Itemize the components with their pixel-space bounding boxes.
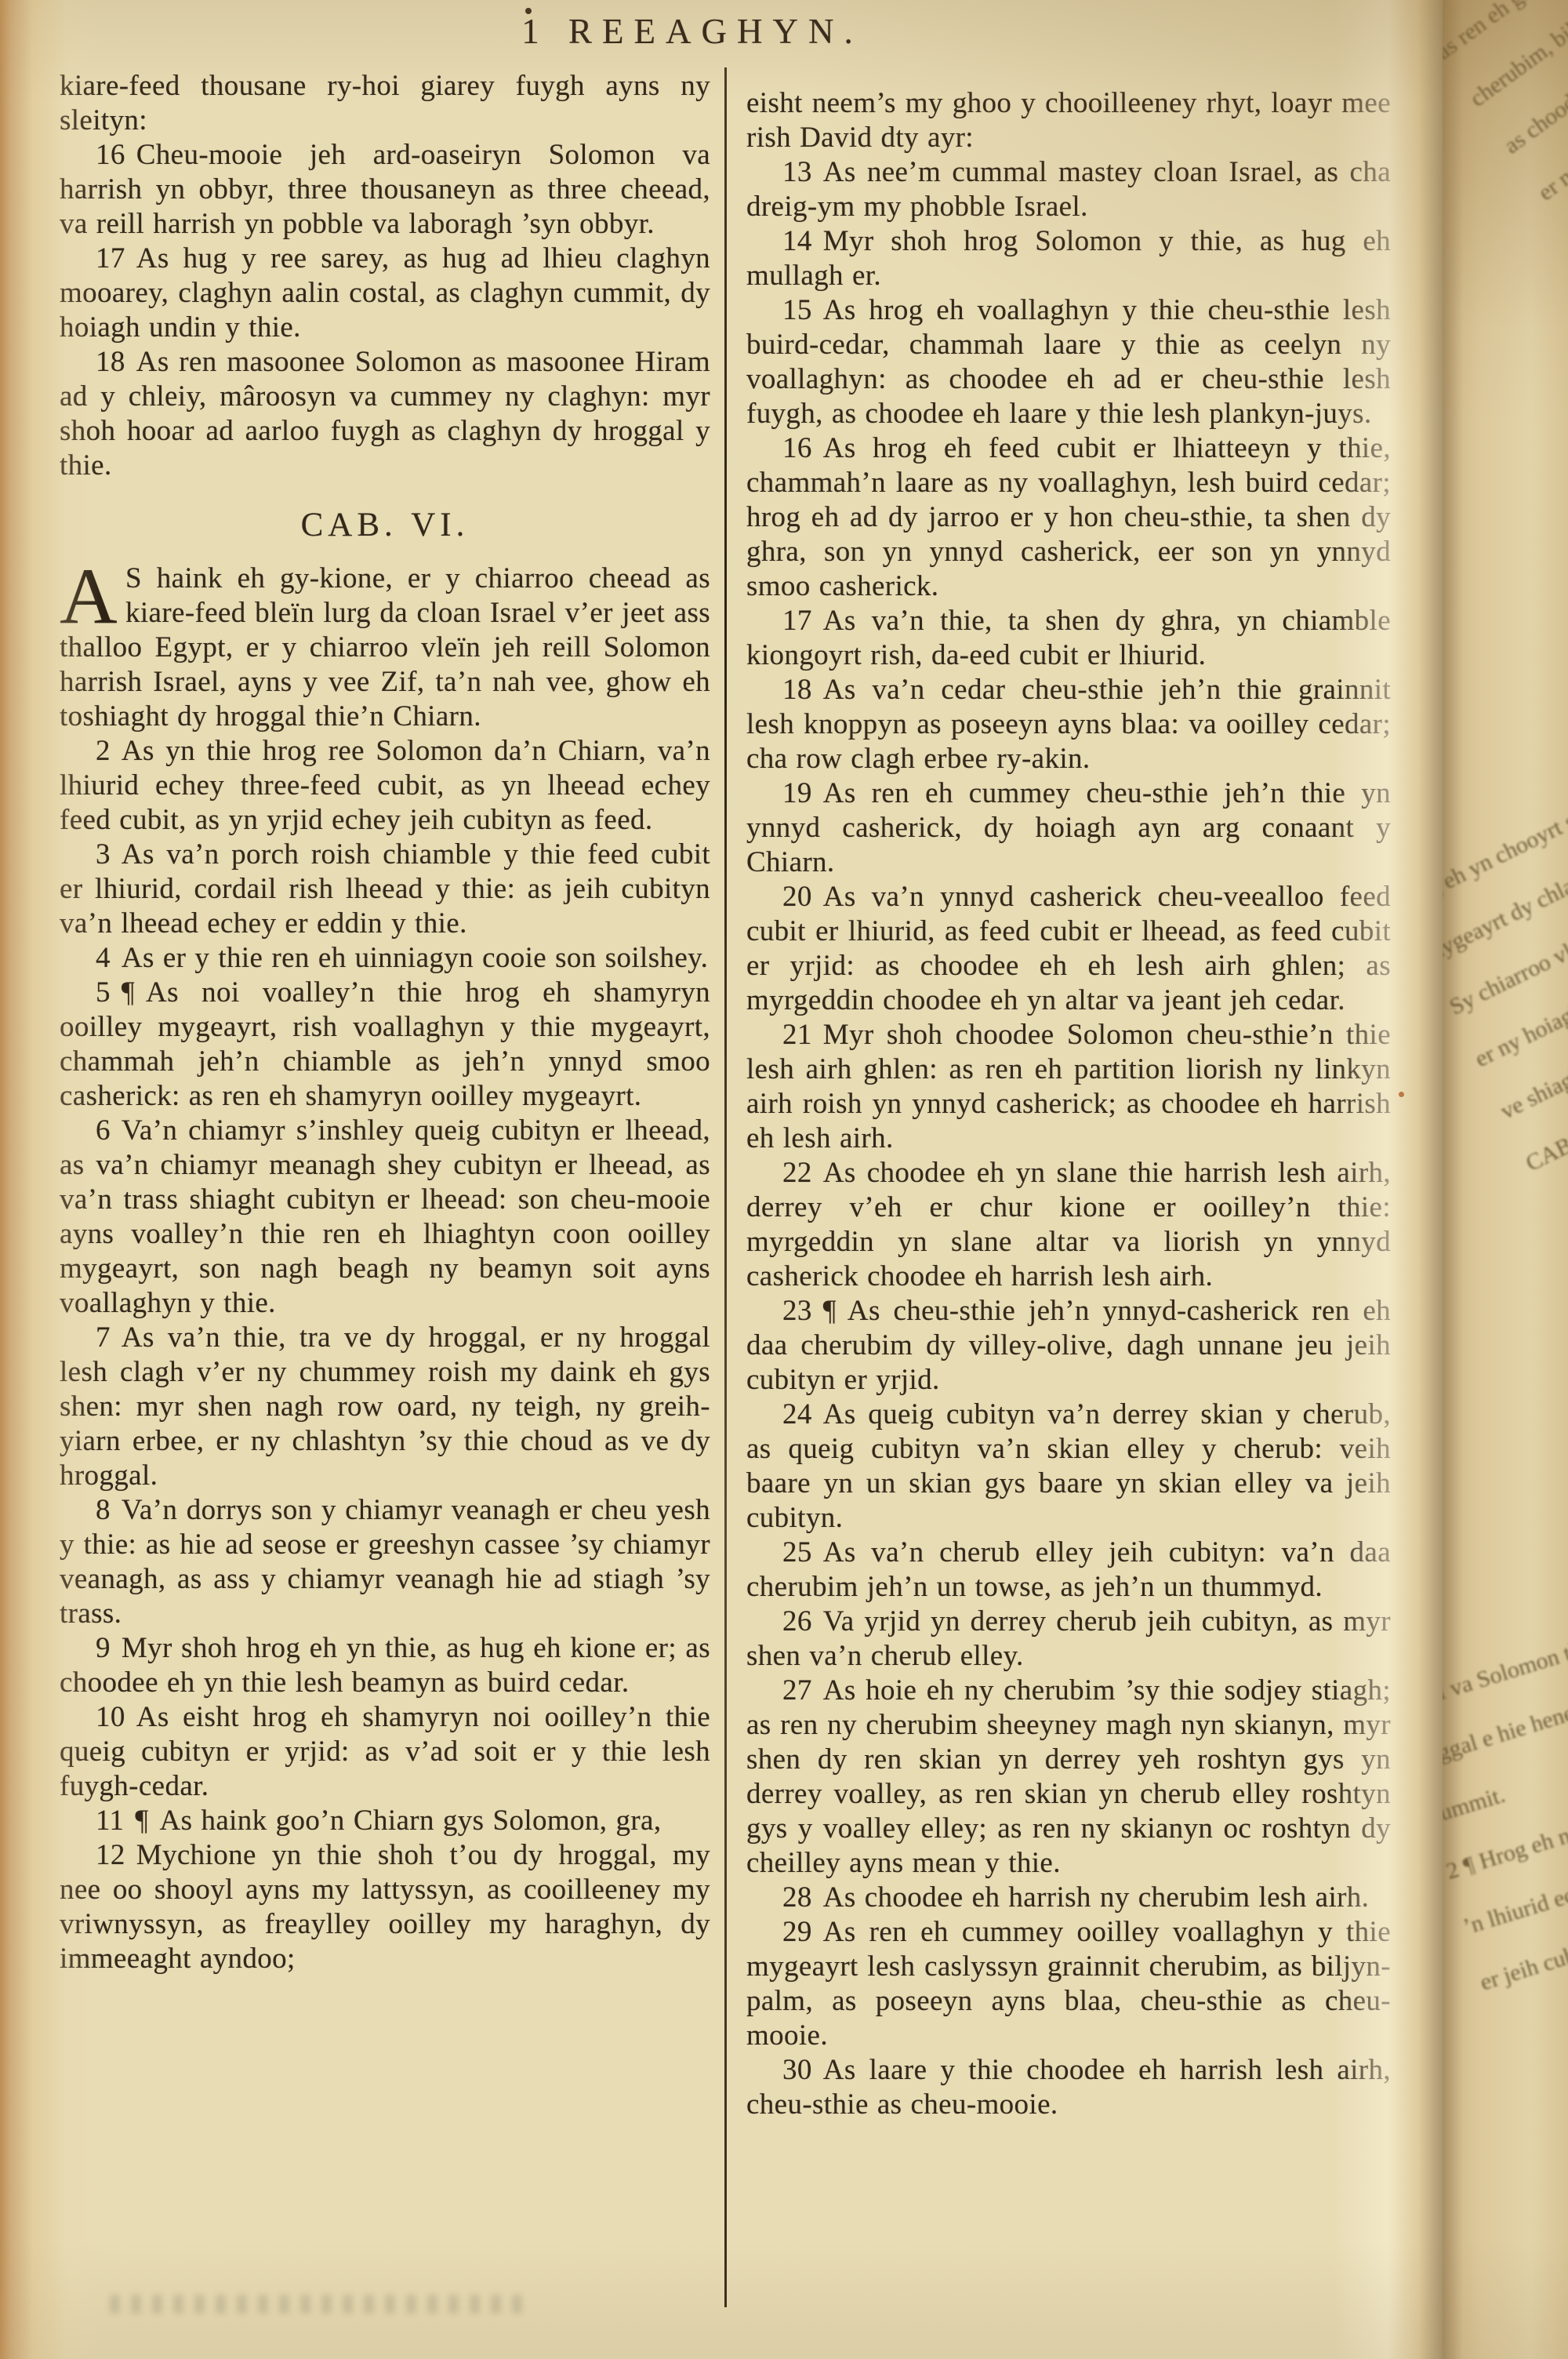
verse-paragraph: 19As ren eh cummey cheu-sthie jeh’n thie…	[746, 776, 1391, 880]
verse-number: 4	[96, 942, 111, 974]
verse-number: 12	[96, 1839, 125, 1871]
verse-text: As noi voalley’n thie hrog eh shamyryn o…	[60, 976, 710, 1112]
verse-text: As haink goo’n Chiarn gys Solomon, gra,	[160, 1805, 662, 1837]
ink-show-through	[110, 2295, 533, 2314]
verse-paragraph: 3As va’n porch roish chiamble y thie fee…	[60, 838, 710, 941]
verse-text: As er y thie ren eh uinniagyn cooie son …	[122, 942, 708, 974]
adjacent-page-text-group: AGH va Solomon three bleeaney troggal e …	[1443, 1587, 1568, 2012]
verse-paragraph: 4As er y thie ren eh uinniagyn cooie son…	[60, 941, 710, 976]
verse-text: kiare-feed thousane ry-hoi giarey fuygh …	[60, 70, 710, 136]
verse-text: As eisht hrog eh shamyryn noi ooilley’n …	[60, 1701, 710, 1802]
verse-text: As ren eh cummey ooilley voallaghyn y th…	[746, 1916, 1391, 2052]
verse-text: As hug y ree sarey, as hug ad lhieu clag…	[60, 242, 710, 343]
verse-text: As va’n ynnyd casherick cheu-veealloo fe…	[746, 881, 1391, 1016]
verse-text: Cheu-mooie jeh ard-oaseiryn Solomon va h…	[60, 139, 710, 240]
verse-paragraph: 30As laare y thie choodee eh harrish les…	[746, 2053, 1391, 2122]
scanned-book-page: 1 REEAGHYN. kiare-feed thousane ry-hoi g…	[0, 0, 1568, 2359]
verse-number: 11	[96, 1805, 124, 1837]
verse-text: As yn thie hrog ree Solomon da’n Chiarn,…	[60, 735, 710, 836]
verse-paragraph: 25As va’n cherub elley jeih cubityn: va’…	[746, 1536, 1391, 1605]
verse-number: 26	[782, 1605, 812, 1637]
verse-number: 24	[782, 1398, 812, 1430]
verse-number: 18	[96, 346, 125, 378]
verse-text: Myr shoh hrog eh yn thie, as hug eh kion…	[60, 1632, 710, 1699]
continuation-paragraph: eisht neem’s my ghoo y chooilleeney rhyt…	[746, 86, 1391, 155]
page-title: 1 REEAGHYN.	[0, 11, 1385, 52]
verse-text: As hrog eh voallaghyn y thie cheu-sthie …	[746, 294, 1391, 430]
verse-text: As laare y thie choodee eh harrish lesh …	[746, 2054, 1391, 2121]
verse-number: 21	[782, 1019, 812, 1051]
verse-paragraph: 22As choodee eh yn slane thie harrish le…	[746, 1156, 1391, 1294]
verse-number: 19	[782, 777, 812, 809]
verse-text: eisht neem’s my ghoo y chooilleeney rhyt…	[746, 87, 1391, 154]
drop-cap: A	[60, 562, 125, 629]
adjacent-page-edge: dy choodey myrgeddin jeant jeh as ren eh…	[1443, 0, 1568, 2359]
verse-text: As va’n cedar cheu-sthie jeh’n thie grai…	[746, 674, 1391, 775]
right-column: eisht neem’s my ghoo y chooilleeney rhyt…	[746, 86, 1391, 2122]
verse-paragraph: 2As yn thie hrog ree Solomon da’n Chiarn…	[60, 734, 710, 838]
verse-paragraph: 24As queig cubityn va’n derrey skian y c…	[746, 1398, 1391, 1536]
verse-paragraph: 16Cheu-mooie jeh ard-oaseiryn Solomon va…	[60, 138, 710, 242]
adjacent-page-text-group: hrog eh yn chooyrt sodjey stiagh mygeayr…	[1443, 743, 1568, 1191]
verse-paragraph: 28As choodee eh harrish ny cherubim lesh…	[746, 1881, 1391, 1915]
verse-paragraph: 7As va’n thie, tra ve dy hroggal, er ny …	[60, 1321, 710, 1493]
verse-text: As ren masoonee Solomon as masoonee Hira…	[60, 346, 710, 482]
verse-paragraph: 14Myr shoh hrog Solomon y thie, as hug e…	[746, 224, 1391, 293]
verse-number: 20	[782, 881, 812, 913]
paper-speck	[1399, 1092, 1404, 1097]
verse-number: 16	[782, 432, 812, 464]
verse-text: As va’n cherub elley jeih cubityn: va’n …	[746, 1536, 1391, 1603]
chapter-opening-paragraph: AS haink eh gy-kione, er y chiarroo chee…	[60, 562, 710, 734]
verse-number: 30	[782, 2054, 812, 2086]
verse-number: 29	[782, 1916, 812, 1948]
adjacent-page-text-group: dy choodey myrgeddin jeant jeh as ren eh…	[1443, 0, 1568, 266]
verse-paragraph: 23¶As cheu-sthie jeh’n ynnyd-casherick r…	[746, 1294, 1391, 1398]
verse-paragraph: 16As hrog eh feed cubit er lhiatteeyn y …	[746, 431, 1391, 604]
verse-paragraph: 18As ren masoonee Solomon as masoonee Hi…	[60, 345, 710, 483]
verse-text: Myr shoh hrog Solomon y thie, as hug eh …	[746, 225, 1391, 292]
verse-text: As va’n thie, tra ve dy hroggal, er ny h…	[60, 1321, 710, 1492]
verse-paragraph: 6Va’n chiamyr s’inshley queig cubityn er…	[60, 1114, 710, 1321]
page-curl-shadow	[1333, 0, 1443, 2359]
pilcrow-mark: ¶	[823, 1295, 837, 1327]
verse-paragraph: 11¶As haink goo’n Chiarn gys Solomon, gr…	[60, 1804, 710, 1838]
verse-number: 22	[782, 1157, 812, 1189]
verse-number: 14	[782, 225, 812, 257]
verse-paragraph: 9Myr shoh hrog eh yn thie, as hug eh kio…	[60, 1631, 710, 1700]
verse-paragraph: 12Mychione yn thie shoh t’ou dy hroggal,…	[60, 1838, 710, 1976]
chapter-heading: CAB. VI.	[60, 508, 710, 543]
verse-number: 17	[96, 242, 125, 274]
verse-text: Va yrjid yn derrey cherub jeih cubityn, …	[746, 1605, 1391, 1672]
verse-number: 28	[782, 1881, 812, 1914]
verse-paragraph: 17As hug y ree sarey, as hug ad lhieu cl…	[60, 242, 710, 345]
verse-text: S haink eh gy-kione, er y chiarroo cheea…	[60, 562, 710, 732]
verse-text: Va’n chiamyr s’inshley queig cubityn er …	[60, 1114, 710, 1319]
verse-number: 16	[96, 139, 125, 171]
verse-number: 2	[96, 735, 111, 767]
verse-paragraph: 29As ren eh cummey ooilley voallaghyn y …	[746, 1915, 1391, 2053]
verse-number: 5	[96, 976, 111, 1009]
verse-number: 18	[782, 674, 812, 706]
verse-text: As va’n thie, ta shen dy ghra, yn chiamb…	[746, 605, 1391, 671]
verse-number: 3	[96, 838, 111, 871]
verse-paragraph: 5¶As noi voalley’n thie hrog eh shamyryn…	[60, 976, 710, 1114]
verse-number: 9	[96, 1632, 111, 1664]
verse-paragraph: 10As eisht hrog eh shamyryn noi ooilley’…	[60, 1700, 710, 1804]
verse-text: As va’n porch roish chiamble y thie feed…	[60, 838, 710, 940]
verse-paragraph: 26Va yrjid yn derrey cherub jeih cubityn…	[746, 1605, 1391, 1674]
verse-text: As choodee eh yn slane thie harrish lesh…	[746, 1157, 1391, 1292]
verse-number: 10	[96, 1701, 125, 1733]
verse-text: Va’n dorrys son y chiamyr veanagh er che…	[60, 1494, 710, 1630]
verse-number: 6	[96, 1114, 111, 1147]
column-divider-rule	[724, 67, 727, 2307]
verse-number: 8	[96, 1494, 111, 1526]
verse-number: 13	[782, 156, 812, 188]
verse-text: As ren eh cummey cheu-sthie jeh’n thie y…	[746, 777, 1391, 878]
verse-text: As hrog eh feed cubit er lhiatteeyn y th…	[746, 432, 1391, 602]
verse-number: 23	[782, 1295, 812, 1327]
verse-number: 27	[782, 1674, 812, 1707]
verse-paragraph: 21Myr shoh choodee Solomon cheu-sthie’n …	[746, 1018, 1391, 1156]
continuation-paragraph: kiare-feed thousane ry-hoi giarey fuygh …	[60, 69, 710, 138]
verse-number: 17	[782, 605, 812, 637]
verse-paragraph: 18As va’n cedar cheu-sthie jeh’n thie gr…	[746, 673, 1391, 776]
verse-number: 25	[782, 1536, 812, 1568]
verse-paragraph: 17As va’n thie, ta shen dy ghra, yn chia…	[746, 604, 1391, 673]
verse-paragraph: 27As hoie eh ny cherubim ’sy thie sodjey…	[746, 1674, 1391, 1881]
left-column: kiare-feed thousane ry-hoi giarey fuygh …	[60, 69, 710, 1976]
verse-paragraph: 15As hrog eh voallaghyn y thie cheu-sthi…	[746, 293, 1391, 431]
verse-text: Myr shoh choodee Solomon cheu-sthie’n th…	[746, 1019, 1391, 1154]
verse-text: As hoie eh ny cherubim ’sy thie sodjey s…	[746, 1674, 1391, 1879]
verse-paragraph: 20As va’n ynnyd casherick cheu-veealloo …	[746, 880, 1391, 1018]
verse-text: Mychione yn thie shoh t’ou dy hroggal, m…	[60, 1839, 710, 1975]
verse-text: As choodee eh harrish ny cherubim lesh a…	[823, 1881, 1370, 1914]
verse-paragraph: 13As nee’m cummal mastey cloan Israel, a…	[746, 155, 1391, 224]
paper-speck	[525, 8, 532, 14]
verse-number: 15	[782, 294, 812, 326]
pilcrow-mark: ¶	[135, 1805, 148, 1837]
verse-number: 7	[96, 1321, 111, 1354]
verse-paragraph: 8Va’n dorrys son y chiamyr veanagh er ch…	[60, 1493, 710, 1631]
verse-text: As nee’m cummal mastey cloan Israel, as …	[746, 156, 1391, 223]
verse-text: As cheu-sthie jeh’n ynnyd-casherick ren …	[746, 1295, 1391, 1396]
verse-text: As queig cubityn va’n derrey skian y che…	[746, 1398, 1391, 1534]
pilcrow-mark: ¶	[122, 976, 135, 1009]
